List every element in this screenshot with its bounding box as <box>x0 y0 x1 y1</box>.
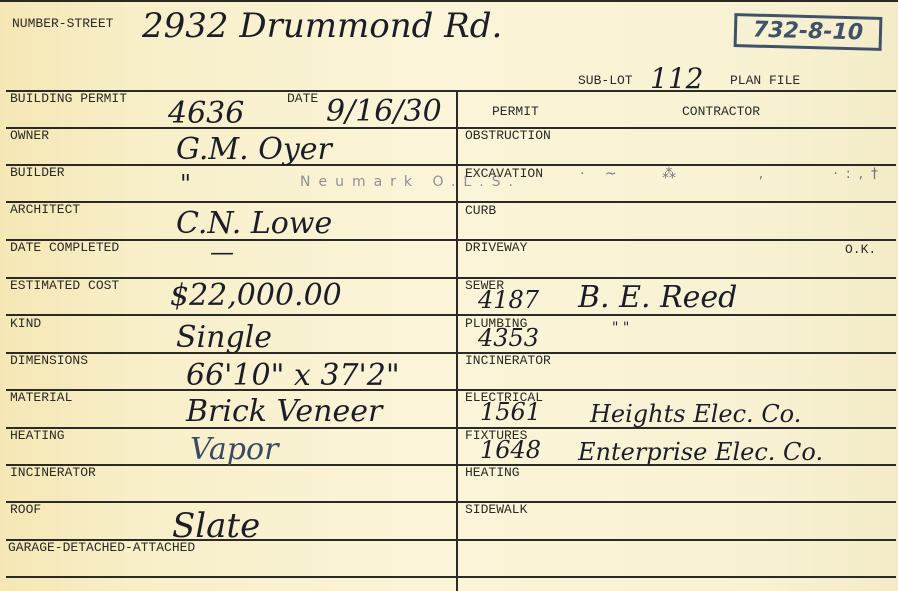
garage-label: GARAGE-DETACHED-ATTACHED <box>8 540 195 555</box>
excavation-label: EXCAVATION <box>465 166 543 181</box>
rule-line <box>6 501 896 503</box>
plan-file-label: PLAN FILE <box>730 73 800 88</box>
driveway-note: O.K. <box>845 242 876 257</box>
plumbing-contractor-ditto: " " <box>612 320 629 336</box>
date-value: 9/16/30 <box>326 94 442 129</box>
electrical-permit: 1561 <box>480 398 541 426</box>
incinerator-right-label: INCINERATOR <box>465 353 551 368</box>
heating-label: HEATING <box>10 428 65 443</box>
column-divider <box>456 90 458 591</box>
obstruction-label: OBSTRUCTION <box>465 128 551 143</box>
number-street-label: NUMBER-STREET <box>12 16 113 31</box>
contractor-column-header: CONTRACTOR <box>682 104 760 119</box>
fixtures-permit: 1648 <box>480 436 541 464</box>
heating-right-label: HEATING <box>465 465 520 480</box>
rule-line <box>6 576 896 578</box>
permit-column-header: PERMIT <box>492 104 539 119</box>
rule-line <box>6 90 896 92</box>
estimated-cost-value: $22,000.00 <box>170 278 342 313</box>
architect-label: ARCHITECT <box>10 202 80 217</box>
plumbing-permit: 4353 <box>478 324 539 352</box>
building-permit-label: BUILDING PERMIT <box>10 91 127 106</box>
dimensions-label: DIMENSIONS <box>10 353 88 368</box>
rule-line <box>6 389 896 391</box>
rule-line <box>6 277 896 279</box>
material-label: MATERIAL <box>10 390 72 405</box>
incinerator-label: INCINERATOR <box>10 465 96 480</box>
rule-line <box>6 239 896 241</box>
fixtures-contractor: Enterprise Elec. Co. <box>578 438 823 466</box>
heating-value: Vapor <box>190 432 278 467</box>
file-number-stamp: 732-8-10 <box>734 13 883 51</box>
builder-value: " <box>180 170 191 198</box>
owner-value: G.M. Oyer <box>176 132 332 167</box>
date-label: DATE <box>287 91 318 106</box>
excavation-marks: · ~ ⁂ ‚ ·:‚† <box>580 166 886 182</box>
owner-label: OWNER <box>10 128 49 143</box>
building-permit-value: 4636 <box>168 96 244 131</box>
curb-label: CURB <box>465 203 496 218</box>
material-value: Brick Veneer <box>186 394 382 429</box>
roof-label: ROOF <box>10 502 41 517</box>
sidewalk-label: SIDEWALK <box>465 502 527 517</box>
estimated-cost-label: ESTIMATED COST <box>10 278 119 293</box>
kind-label: KIND <box>10 316 41 331</box>
sewer-permit: 4187 <box>478 286 539 314</box>
rule-line <box>6 352 896 354</box>
rule-line <box>6 127 896 129</box>
number-street-value: 2932 Drummond Rd. <box>142 6 502 46</box>
rule-line <box>6 201 896 203</box>
dimensions-value: 66'10" x 37'2" <box>186 358 400 393</box>
sub-lot-label: SUB-LOT <box>578 73 633 88</box>
architect-value: C.N. Lowe <box>176 206 332 241</box>
rule-line <box>6 314 896 316</box>
electrical-contractor: Heights Elec. Co. <box>590 400 801 428</box>
sewer-contractor: B. E. Reed <box>578 280 737 315</box>
builder-label: BUILDER <box>10 165 65 180</box>
date-completed-label: DATE COMPLETED <box>10 240 119 255</box>
permit-card: NUMBER-STREET 2932 Drummond Rd. 732-8-10… <box>0 0 898 591</box>
date-completed-value: — <box>210 238 234 266</box>
driveway-label: DRIVEWAY <box>465 240 527 255</box>
kind-value: Single <box>176 320 272 355</box>
